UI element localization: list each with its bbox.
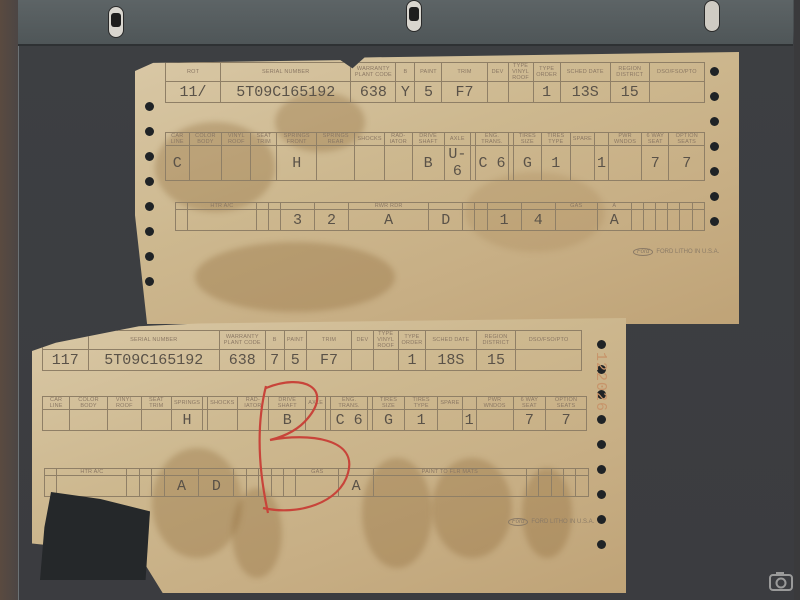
header-vinyl-roof: TYPE VINYL ROOF: [508, 63, 533, 82]
header-tires-size: TIRES SIZE: [373, 397, 405, 410]
header-car-line: CAR LINE: [43, 397, 70, 410]
header-rwr-rdr: RWR RDR: [349, 203, 429, 210]
value-paint: 5: [284, 350, 306, 371]
header-blank: [462, 397, 476, 410]
header-cell: [656, 203, 668, 210]
header-cell: [576, 469, 589, 476]
header-cell: [631, 203, 643, 210]
value-blank: 1: [595, 146, 609, 181]
value-car-line: [43, 410, 70, 431]
header-springs: SPRINGS: [171, 397, 202, 410]
sprocket-hole: [710, 117, 719, 126]
value-cell: D: [199, 476, 234, 497]
value-cell: [139, 476, 151, 497]
header-pwr-wndos: PWR WNDOS: [609, 133, 642, 146]
value-cell: [57, 476, 127, 497]
value-cell: [631, 210, 643, 231]
header-cell: [256, 203, 268, 210]
value-cell: [475, 210, 487, 231]
sprocket-hole: [710, 192, 719, 201]
value-vinyl-roof: [373, 350, 398, 371]
value-cell: A: [164, 476, 199, 497]
header-cell: [668, 203, 680, 210]
header-paint-to-flr-mats: PAINT TO FLR MATS: [374, 469, 527, 476]
ford-litho-footer: FordFORD LITHO IN U.S.A.: [633, 248, 719, 256]
header-cell: [176, 203, 188, 210]
sprocket-hole: [597, 490, 606, 499]
header-vinyl-roof: TYPE VINYL ROOF: [373, 331, 398, 350]
header-htr-ac: HTR A/C: [57, 469, 127, 476]
header-cell: [127, 469, 139, 476]
header-springs-front: SPRINGS FRONT: [277, 133, 317, 146]
value-cell: [152, 476, 164, 497]
sprocket-hole: [710, 167, 719, 176]
value-sched-date: 18S: [426, 350, 477, 371]
sprocket-hole: [145, 127, 154, 136]
header-eng-trans: ENG. TRANS.: [476, 133, 509, 146]
value-cell: [256, 210, 268, 231]
value-tires-size: G: [373, 410, 405, 431]
serial-stamp: 122026: [592, 352, 609, 412]
value-sched-date: 13S: [560, 82, 610, 103]
value-springs-front: H: [277, 146, 317, 181]
header-cell: [475, 203, 487, 210]
sprocket-hole: [710, 142, 719, 151]
header-color-body: COLOR BODY: [189, 133, 222, 146]
header-warranty-plant-code: WARRANTY PLANT CODE: [351, 63, 396, 82]
header-cell: [152, 469, 164, 476]
tag-bottom-row1: SERIAL NUMBER WARRANTY PLANT CODE B PAIN…: [42, 330, 582, 371]
value-cell: [668, 210, 680, 231]
value-cell: [234, 476, 246, 497]
header-springs-rear: SPRINGS REAR: [317, 133, 355, 146]
header-sched-date: SCHED DATE: [426, 331, 477, 350]
value-6-way-seat: 7: [513, 410, 545, 431]
value-cell: A: [349, 210, 429, 231]
header-cell: [487, 203, 521, 210]
sprocket-hole: [597, 440, 606, 449]
sprocket-hole: [145, 102, 154, 111]
value-drive-shaft: B: [412, 146, 444, 181]
header-axle: AXLE: [444, 133, 471, 146]
binder-hole: [704, 0, 720, 32]
value-dev: [352, 350, 373, 371]
header-cell: [199, 469, 234, 476]
value-cell: [555, 210, 597, 231]
value-tires-type: 1: [541, 146, 570, 181]
value-springs: H: [171, 410, 202, 431]
red-marker-b-annotation: [248, 378, 363, 518]
header-cell: [139, 469, 151, 476]
value-option-seats: 7: [546, 410, 587, 431]
header-radiator: RAD-IATOR: [384, 133, 412, 146]
value-option-seats: 7: [669, 146, 705, 181]
value-warranty-plant-code: 638: [351, 82, 396, 103]
value-seat-trim: [141, 410, 171, 431]
value-pwr-wndos: [609, 146, 642, 181]
header-option-seats: OPTION SEATS: [546, 397, 587, 410]
value-serial-number: 5T09C165192: [221, 82, 351, 103]
sprocket-hole: [597, 540, 606, 549]
header-dev: DEV: [352, 331, 373, 350]
value-dso: [516, 350, 582, 371]
value-region-district: 15: [610, 82, 649, 103]
header-cell: [692, 203, 704, 210]
value-cell: 2: [315, 210, 349, 231]
header-cell: [45, 469, 57, 476]
value-cell: A: [597, 210, 631, 231]
value-dev: [487, 82, 508, 103]
header-cell: [280, 203, 314, 210]
value-shocks: [355, 146, 384, 181]
value-cell: [692, 210, 704, 231]
header-sched-date: SCHED DATE: [560, 63, 610, 82]
sprocket-hole: [145, 252, 154, 261]
sprocket-hole: [145, 227, 154, 236]
value-spare: [438, 410, 462, 431]
value-cell: [127, 476, 139, 497]
value-tires-type: 1: [404, 410, 437, 431]
value-serial-number: 5T09C165192: [88, 350, 220, 371]
sprocket-hole: [597, 340, 606, 349]
sprocket-hole: [145, 177, 154, 186]
value-cell: D: [429, 210, 463, 231]
header-cell: [643, 203, 655, 210]
header-option-seats: OPTION SEATS: [669, 133, 705, 146]
header-drive-shaft: DRIVE SHAFT: [412, 133, 444, 146]
sprocket-hole: [145, 202, 154, 211]
value-vinyl-roof: [508, 82, 533, 103]
tag-top-row1: ROT SERIAL NUMBER WARRANTY PLANT CODE B …: [165, 62, 705, 103]
header-b: B: [265, 331, 284, 350]
value-dso: [649, 82, 704, 103]
header-cell: [463, 203, 475, 210]
tag-top-row2: CAR LINE COLOR BODY VINYL ROOF SEAT TRIM…: [165, 132, 705, 181]
header-spare: SPARE: [570, 133, 594, 146]
header-pwr-wndos: PWR WNDOS: [476, 397, 513, 410]
value-pwr-wndos: [476, 410, 513, 431]
header-tires-type: TIRES TYPE: [541, 133, 570, 146]
header-spare: SPARE: [438, 397, 462, 410]
header-blank: [595, 133, 609, 146]
sprocket-hole: [710, 67, 719, 76]
header-type-order: TYPE ORDER: [533, 63, 560, 82]
header-htr-ac: HTR A/C: [188, 203, 256, 210]
value-cell: [268, 210, 280, 231]
tag-top-row3: HTR A/C RWR RDR GAS A 3 2: [175, 202, 705, 231]
value-cell: [656, 210, 668, 231]
sprocket-hole: [145, 277, 154, 286]
value-b: 7: [265, 350, 284, 371]
value-cell: [176, 210, 188, 231]
sprocket-hole: [597, 415, 606, 424]
header-cell: [234, 469, 246, 476]
value-warranty-plant-code: 638: [220, 350, 266, 371]
value-axle: U-6: [444, 146, 471, 181]
buck-tag-top: ROT SERIAL NUMBER WARRANTY PLANT CODE B …: [135, 52, 739, 324]
value-cell: [551, 476, 563, 497]
value-vinyl-roof: [222, 146, 251, 181]
binder-hole: [406, 0, 422, 32]
sprocket-hole: [145, 152, 154, 161]
value-trim: F7: [306, 350, 352, 371]
value-cell: 3: [280, 210, 314, 231]
header-6-way-seat: 6 WAY SEAT: [513, 397, 545, 410]
header-paint: PAINT: [284, 331, 306, 350]
header-cell: [315, 203, 349, 210]
header-region-district: REGION DISTRICT: [610, 63, 649, 82]
value-rot: 11/: [166, 82, 221, 103]
value-trim: F7: [442, 82, 487, 103]
header-color-body: COLOR BODY: [70, 397, 108, 410]
value-cell: 1: [487, 210, 521, 231]
header-cell: [551, 469, 563, 476]
header-a: A: [597, 203, 631, 210]
header-warranty-plant-code: WARRANTY PLANT CODE: [220, 331, 266, 350]
value-cell: 4: [521, 210, 555, 231]
camera-watermark-icon: [768, 570, 794, 592]
header-dso: DSO/FSO/PTO: [516, 331, 582, 350]
value-eng-trans: C 6: [476, 146, 509, 181]
value-cell: [539, 476, 551, 497]
value-shocks: [208, 410, 237, 431]
header-dev: DEV: [487, 63, 508, 82]
header-tires-size: TIRES SIZE: [513, 133, 541, 146]
value-rot: 117: [43, 350, 89, 371]
value-spare: [570, 146, 594, 181]
header-vinyl-roof: VINYL ROOF: [107, 397, 141, 410]
header-6-way-seat: 6 WAY SEAT: [642, 133, 669, 146]
value-seat-trim: [251, 146, 277, 181]
sprocket-hole: [597, 515, 606, 524]
header-serial-number: SERIAL NUMBER: [88, 331, 220, 350]
header-shocks: SHOCKS: [208, 397, 237, 410]
value-tires-size: G: [513, 146, 541, 181]
value-car-line: C: [166, 146, 190, 181]
value-cell: [576, 476, 589, 497]
value-radiator: [384, 146, 412, 181]
value-paint: 5: [415, 82, 442, 103]
header-cell: [521, 203, 555, 210]
header-car-line: CAR LINE: [166, 133, 190, 146]
value-blank: 1: [462, 410, 476, 431]
value-cell: [563, 476, 575, 497]
value-color-body: [70, 410, 108, 431]
header-trim: TRIM: [306, 331, 352, 350]
header-tires-type: TIRES TYPE: [404, 397, 437, 410]
binder-hole: [108, 6, 124, 38]
value-cell: [374, 476, 527, 497]
header-cell: [526, 469, 538, 476]
value-cell: [188, 210, 256, 231]
value-cell: [680, 210, 692, 231]
header-cell: [429, 203, 463, 210]
header-vinyl-roof: VINYL ROOF: [222, 133, 251, 146]
header-gas: GAS: [555, 203, 597, 210]
header-b: B: [396, 63, 415, 82]
value-b: Y: [396, 82, 415, 103]
header-cell: [164, 469, 199, 476]
header-seat-trim: SEAT TRIM: [251, 133, 277, 146]
header-cell: [680, 203, 692, 210]
header-paint: PAINT: [415, 63, 442, 82]
value-cell: [463, 210, 475, 231]
value-type-order: 1: [533, 82, 560, 103]
value-cell: [526, 476, 538, 497]
header-type-order: TYPE ORDER: [398, 331, 425, 350]
header-cell: [268, 203, 280, 210]
ford-litho-footer: FordFORD LITHO IN U.S.A.: [508, 518, 594, 526]
sprocket-hole: [710, 217, 719, 226]
value-type-order: 1: [398, 350, 425, 371]
value-region-district: 15: [476, 350, 515, 371]
value-6-way-seat: 7: [642, 146, 669, 181]
sprocket-hole: [597, 465, 606, 474]
value-color-body: [189, 146, 222, 181]
header-dso: DSO/FSO/PTO: [649, 63, 704, 82]
header-serial-number: SERIAL NUMBER: [221, 63, 351, 82]
header-cell: [539, 469, 551, 476]
header-cell: [563, 469, 575, 476]
header-trim: TRIM: [442, 63, 487, 82]
header-shocks: SHOCKS: [355, 133, 384, 146]
sprocket-hole: [710, 92, 719, 101]
value-vinyl-roof: [107, 410, 141, 431]
header-rot: ROT: [166, 63, 221, 82]
header-region-district: REGION DISTRICT: [476, 331, 515, 350]
header-seat-trim: SEAT TRIM: [141, 397, 171, 410]
value-cell: [643, 210, 655, 231]
value-springs-rear: [317, 146, 355, 181]
